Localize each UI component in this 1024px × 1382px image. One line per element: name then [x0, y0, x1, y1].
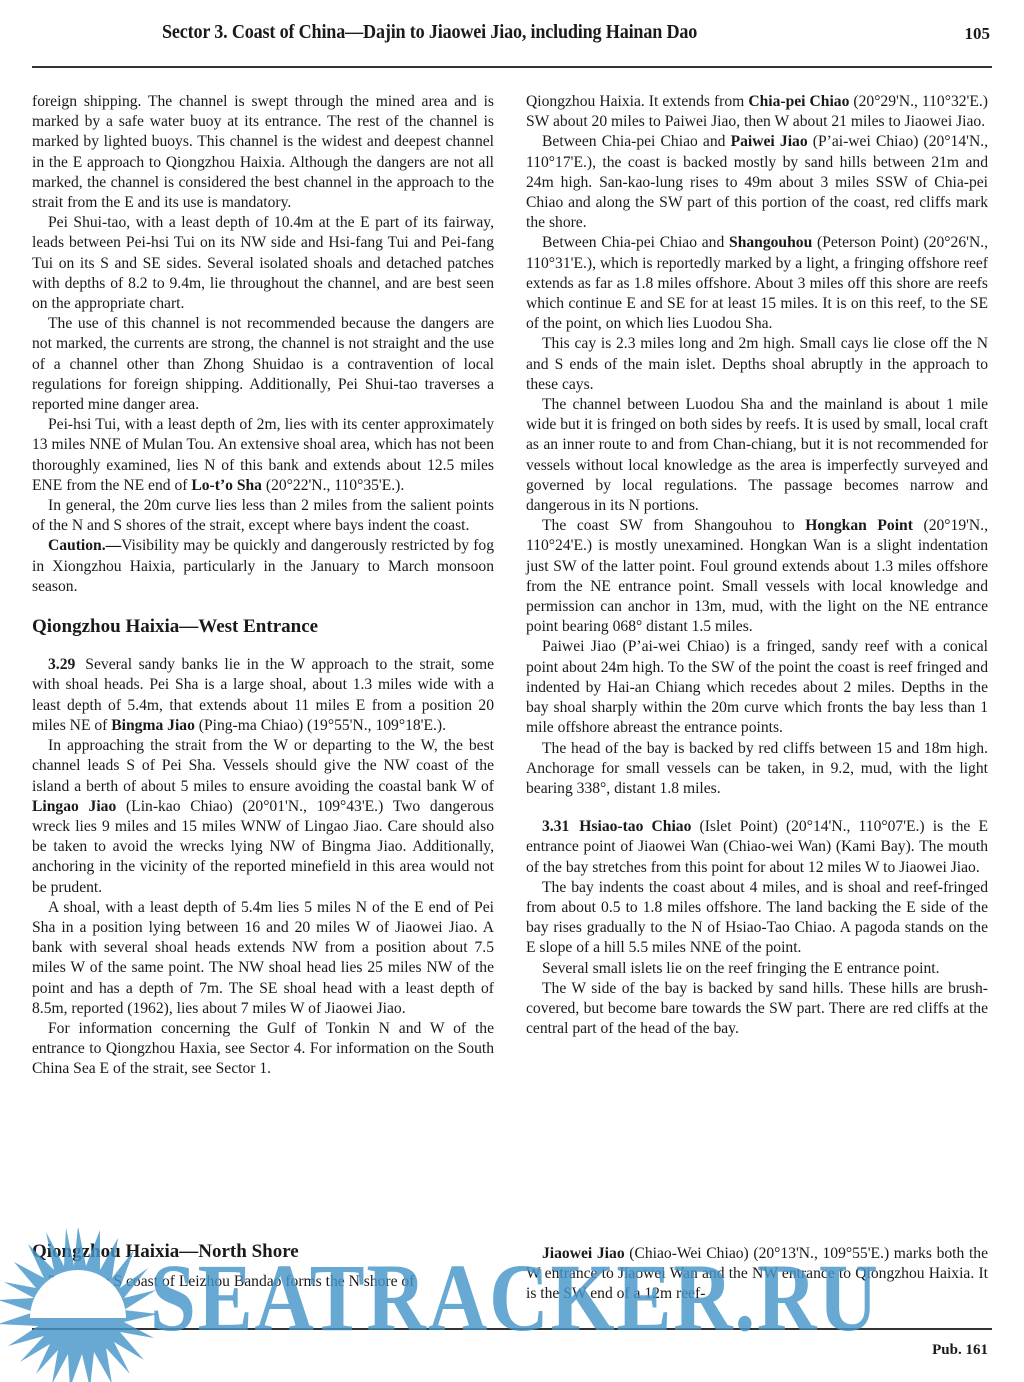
right-column: Qiongzhou Haixia. It extends from Chia-p…	[526, 92, 988, 1039]
place-name: Jiaowei Jiao	[542, 1245, 625, 1262]
sector-title: Sector 3. Coast of China—Dajin to Jiaowe…	[162, 22, 697, 44]
coordinates: (Ping-ma Chiao) (19°55'N., 109°18'E.).	[195, 717, 446, 734]
left-column: foreign shipping. The channel is swept t…	[32, 92, 494, 1080]
footer-rule	[32, 1328, 992, 1330]
paragraph: Pei-hsi Tui, with a least depth of 2m, l…	[32, 415, 494, 496]
paragraph-text: (20°19'N., 110°24'E.) is mostly unexamin…	[526, 517, 988, 635]
caution-paragraph: Caution.—Visibility may be quickly and d…	[32, 536, 494, 597]
jiaowei-jiao-paragraph: Jiaowei Jiao (Chiao-Wei Chiao) (20°13'N.…	[526, 1244, 988, 1305]
paragraph-number: 3.31	[542, 818, 569, 835]
section-heading-north-shore: Qiongzhou Haixia—North Shore	[32, 1242, 494, 1262]
paragraph: This cay is 2.3 miles long and 2m high. …	[526, 334, 988, 395]
paragraph-text: In approaching the strait from the W or …	[32, 737, 494, 794]
header-rule	[32, 66, 992, 68]
place-name: Hsiao-tao Chiao	[579, 818, 691, 835]
north-shore-section: Qiongzhou Haixia—North Shore 3.30The S c…	[32, 1242, 494, 1292]
paragraph: Several small islets lie on the reef fri…	[526, 959, 988, 979]
paragraph: The use of this channel is not recommend…	[32, 314, 494, 415]
paragraph: In general, the 20m curve lies less than…	[32, 496, 494, 536]
caution-label: Caution.—	[48, 537, 121, 554]
paragraph-text: The S coast of Leizhou Bandao forms the …	[85, 1273, 414, 1290]
paragraph: The W side of the bay is backed by sand …	[526, 979, 988, 1040]
paragraph: Jiaowei Jiao (Chiao-Wei Chiao) (20°13'N.…	[526, 1244, 988, 1305]
place-name: Paiwei Jiao	[731, 133, 808, 150]
paragraph-number: 3.29	[48, 656, 75, 673]
section-heading-west-entrance: Qiongzhou Haixia—West Entrance	[32, 617, 494, 637]
place-name: Lo-t’o Sha	[191, 477, 262, 494]
paragraph: Between Chia-pei Chiao and Paiwei Jiao (…	[526, 132, 988, 233]
paragraph-text: Between Chia-pei Chiao and	[542, 133, 731, 150]
paragraph-text: Qiongzhou Haixia. It extends from	[526, 93, 748, 110]
paragraph: foreign shipping. The channel is swept t…	[32, 92, 494, 213]
paragraph-3-31: 3.31Hsiao-tao Chiao (Islet Point) (20°14…	[526, 817, 988, 878]
spacer	[526, 799, 988, 817]
place-name: Bingma Jiao	[111, 717, 195, 734]
place-name: Shangouhou	[729, 234, 812, 251]
paragraph: The bay indents the coast about 4 miles,…	[526, 878, 988, 959]
paragraph: In approaching the strait from the W or …	[32, 736, 494, 898]
publication-label: Pub. 161	[932, 1342, 988, 1359]
paragraph-3-29: 3.29Several sandy banks lie in the W app…	[32, 655, 494, 736]
paragraph: A shoal, with a least depth of 5.4m lies…	[32, 898, 494, 1019]
place-name: Chia-pei Chiao	[748, 93, 849, 110]
paragraph: Paiwei Jiao (P’ai-wei Chiao) is a fringe…	[526, 637, 988, 738]
paragraph: For information concerning the Gulf of T…	[32, 1019, 494, 1080]
paragraph: The head of the bay is backed by red cli…	[526, 739, 988, 800]
paragraph: Between Chia-pei Chiao and Shangouhou (P…	[526, 233, 988, 334]
paragraph: Qiongzhou Haixia. It extends from Chia-p…	[526, 92, 988, 132]
paragraph: The coast SW from Shangouhou to Hongkan …	[526, 516, 988, 637]
place-name: Lingao Jiao	[32, 798, 116, 815]
page-number: 105	[965, 24, 991, 44]
paragraph-number: 3.30	[48, 1273, 75, 1290]
place-name: Hongkan Point	[805, 517, 913, 534]
paragraph-text: The coast SW from Shangouhou to	[542, 517, 805, 534]
paragraph: Pei Shui-tao, with a least depth of 10.4…	[32, 213, 494, 314]
paragraph-text: Between Chia-pei Chiao and	[542, 234, 729, 251]
paragraph: The channel between Luodou Sha and the m…	[526, 395, 988, 516]
paragraph-3-30: 3.30The S coast of Leizhou Bandao forms …	[32, 1272, 494, 1292]
coordinates: (20°22'N., 110°35'E.).	[262, 477, 404, 494]
page-header: Sector 3. Coast of China—Dajin to Jiaowe…	[32, 20, 992, 50]
